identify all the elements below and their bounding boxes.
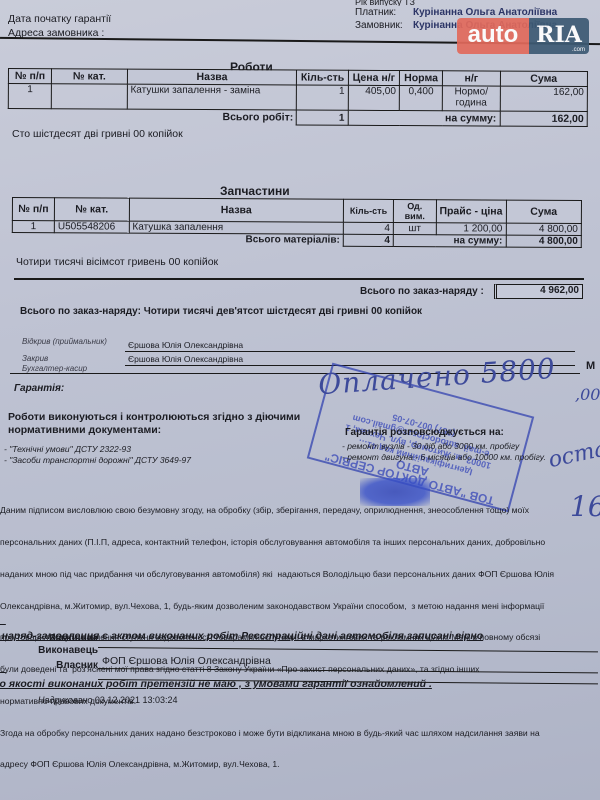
closed-label-1: Закрив [22,354,87,364]
opened-by-value: Єршова Юлія Олександрівна [128,340,243,350]
parts-table: № п/п № кат. Назва Кіль-сть Од. вим. Пра… [12,197,582,248]
col-norm: Норма [399,71,442,86]
works-total-label: Всього робіт: [8,109,297,126]
list-item: - "Технічні умови" ДСТУ 2322-93 [4,444,191,455]
autoria-watermark: auto RIA.com [457,18,589,54]
watermark-auto: auto [457,18,529,54]
payer-label: Платник: [355,6,413,19]
grand-total-value: 4 962,00 [494,284,583,299]
col-sum: Сума [506,200,582,223]
warranty-list: - ремонт вузлів - 30 діб або 3000 км. пр… [342,441,546,463]
works-sum-words: Сто шістдесят дві гривні 00 копійок [12,128,183,140]
cell-unit: шт [393,222,435,234]
parts-sum-words: Чотири тисячі вісімсот гривень 00 копійо… [16,256,218,268]
col-cat: № кат. [52,69,127,84]
col-n: № п/п [12,198,54,221]
norm-heading: Роботи виконуються і контролюються згідн… [8,411,318,437]
works-total-sum: 162,00 [500,111,588,126]
cell-cat: U505548206 [54,221,129,233]
works-total-qty: 1 [297,110,348,125]
closed-by-label: Закрив Бухгалтер-касир [22,351,87,374]
col-price: Прайс - ціна [436,200,506,223]
consent-line: Згода на обробку персональних даних нада… [0,728,596,739]
norm-list: - "Технічні умови" ДСТУ 2322-93 - "Засоб… [4,444,191,466]
works-sum-label: на сумму: [348,110,500,126]
handwritten-kopecks: ,00 [575,385,600,404]
col-unit: н/г [443,71,500,86]
cell-name: Катушка запалення [129,221,344,234]
parts-header-row: № п/п № кат. Назва Кіль-сть Од. вим. Пра… [12,198,581,224]
cell-sum: 162,00 [500,86,588,111]
cell-price: 405,00 [348,85,399,110]
executor-signature-label: Виконавець [20,645,98,656]
customer-signature-label: Замовник [38,633,98,644]
cell-name: Катушки запалення - заміна [127,84,297,110]
parts-total-label: Всього матеріалів: [12,233,343,247]
parts-total-row: Всього матеріалів: 4 на сумму: 4 800,00 [12,233,581,248]
cell-cat [52,84,128,109]
grand-divider [14,278,584,280]
cell-qty: 1 [297,85,348,110]
opened-by-label: Відкрив (приймальник) [22,337,107,346]
cell-sum: 4 800,00 [506,223,582,235]
list-item: - ремонт двигуна - 6 місяців або 10000 к… [342,452,546,463]
cell-n: 1 [8,84,51,109]
col-name: Назва [127,69,297,85]
col-name: Назва [129,198,344,222]
header-left: Дата початку гарантії Адреса замовника : [8,12,111,40]
owner-signature-label: Власник [38,660,98,671]
guarantee-heading: Гарантія: [14,383,64,394]
col-sum: Сума [500,71,588,86]
table-row: 1 Катушки запалення - заміна 1 405,00 0,… [8,84,587,112]
cell-norm: 0,400 [399,86,442,111]
col-unit: Од. вим. [394,199,436,222]
closed-by-value: Єршова Юлія Олександрівна [128,354,243,364]
watermark-ria-text: RIA [536,22,582,48]
grand-total-label: Всього по заказ-наряду : [360,286,484,297]
col-cat: № кат. [54,198,129,221]
cell-price: 1 200,00 [436,223,506,235]
list-item: - ремонт вузлів - 30 діб або 3000 км. пр… [342,441,546,452]
watermark-com: .com [572,46,585,54]
parts-total-sum: 4 800,00 [506,235,582,247]
consent-line: наданих мною під час придбання чи обслуг… [0,569,596,580]
handwritten-number: 16 [570,490,600,523]
warranty-heading: Гарантія розповсюджується на: [345,427,504,438]
signature-line [125,351,575,352]
parts-sum-label: на сумму: [393,234,505,247]
executor-value: ФОП Єршова Юлія Олександрівна [102,655,271,667]
customer-label: Замовник: [355,19,413,32]
warranty-start-label: Дата початку гарантії [8,12,111,26]
grand-total-words: Всього по заказ-наряду: Чотири тисячі де… [20,306,422,317]
consent-line: адресу ФОП Єршова Юлія Олександрівна, м.… [0,759,596,770]
consent-line: персональних даних (П.І.П, адреса, конта… [0,537,596,548]
handwritten-rest-note: остат [546,432,600,473]
list-item: - "Засоби транспортні дорожні" ДСТУ 3649… [4,455,191,466]
watermark-ria: RIA.com [529,18,589,54]
payer-value: Курінанна Ольга Анатоліївна [413,7,557,18]
cell-unit: Нормо/година [443,86,500,111]
col-qty: Кіль-сть [343,199,393,222]
printed-timestamp: Надруковано 03.12.2021 13:03:24 [38,695,178,705]
edge-letter: М [586,360,595,372]
works-table: № п/п № кат. Назва Кіль-сть Цена н/г Нор… [8,68,588,127]
parts-total-qty: 4 [343,234,393,246]
printed-value: 03.12.2021 13:03:24 [95,695,178,705]
parts-title: Запчастини [220,184,290,198]
printed-label: Надруковано [38,695,92,705]
consent-line: Даним підписом висловлюю свою безумовну … [0,505,596,516]
col-n: № п/п [8,69,51,84]
cell-n: 1 [12,221,54,233]
works-total-row: Всього робіт: 1 на сумму: 162,00 [8,109,587,127]
cell-qty: 4 [343,222,393,234]
col-qty: Кіль-сть [297,70,348,85]
col-price: Цена н/г [348,70,399,85]
declaration-line: По якості виконаних робіт претензій не м… [0,676,483,692]
